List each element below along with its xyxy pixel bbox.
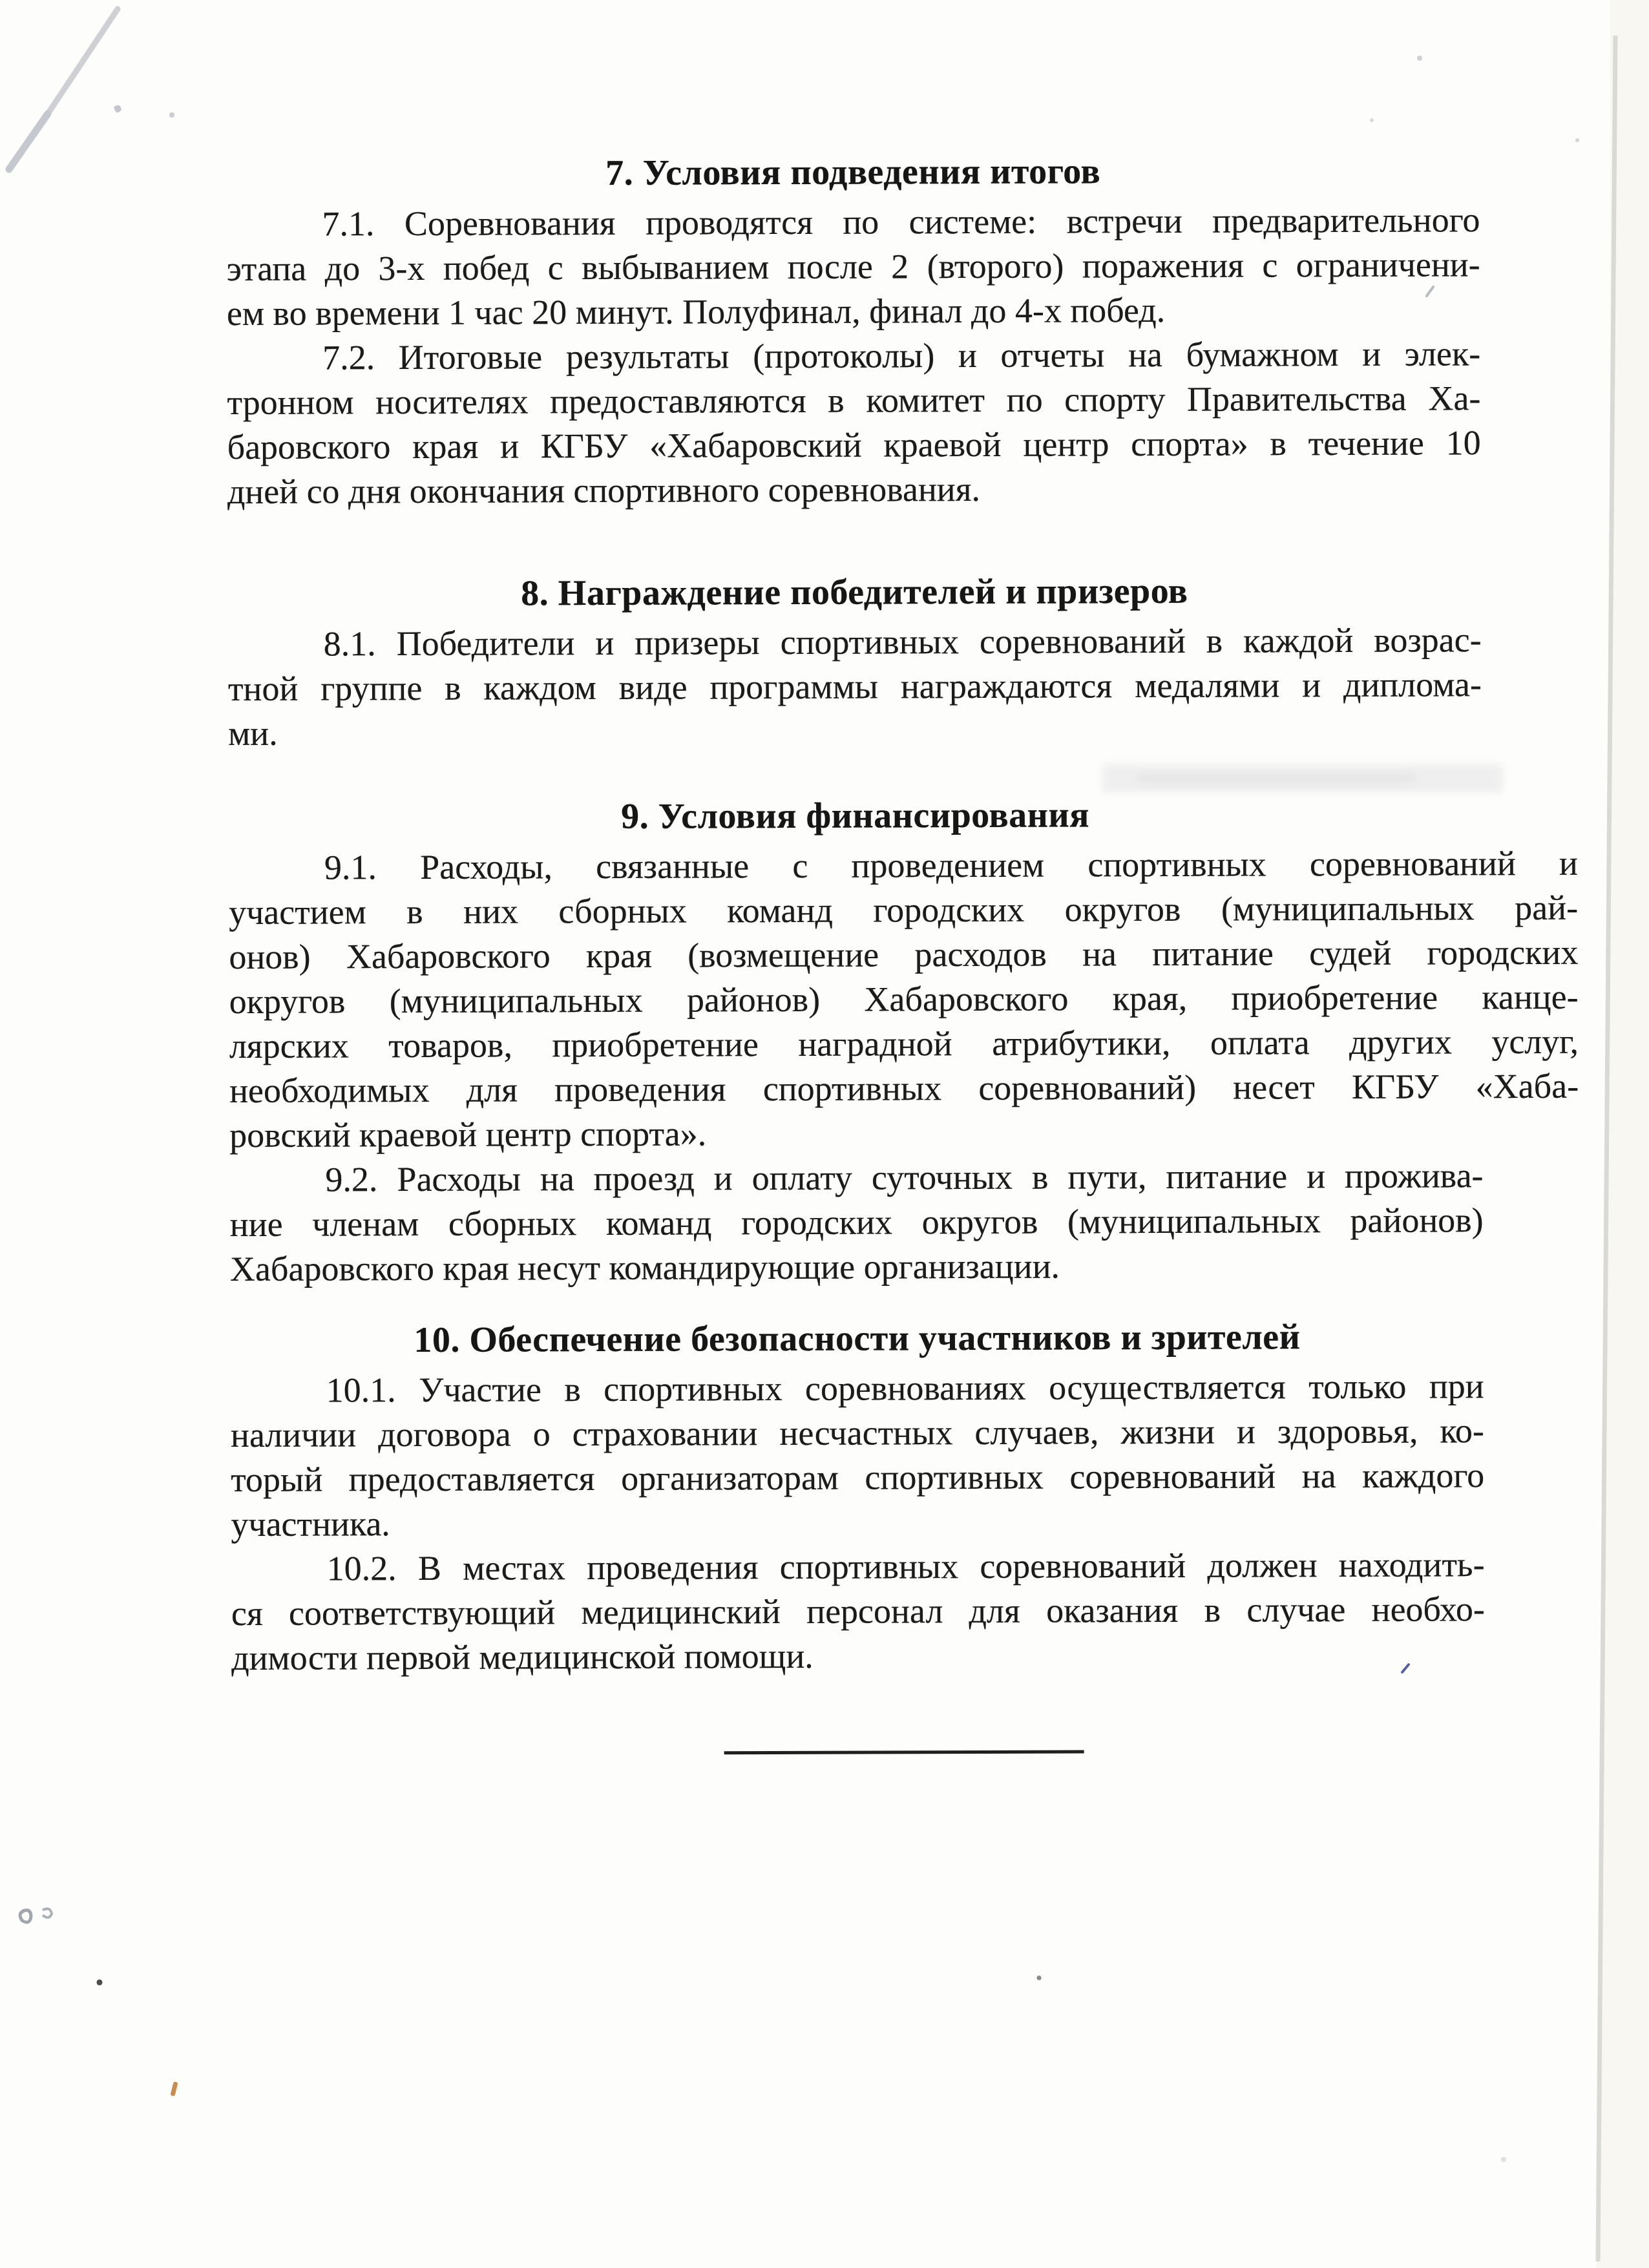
document-page: { "page": { "paper_color": "#fdfdfc", "i… xyxy=(0,0,1649,2268)
fold-mark-icon xyxy=(9,9,118,169)
section-heading-7: 7. Условия подведения итогов xyxy=(226,148,1480,197)
text-line: баровского края и КГБУ «Хабаровский крае… xyxy=(227,421,1480,470)
paragraph-10-1: 10.1. Участие в спортивных соревнованиях… xyxy=(231,1364,1485,1547)
text-line: ние членам сборных команд городских окру… xyxy=(230,1198,1484,1247)
text-line: дней со дня окончания спортивного соревн… xyxy=(227,465,1481,514)
text-line: ем во времени 1 час 20 минут. Полуфинал,… xyxy=(227,287,1480,336)
text-line: 9.1. Расходы, связанные с проведением сп… xyxy=(229,841,1578,890)
section-heading-10: 10. Обеспечение безопасности участников … xyxy=(230,1314,1484,1363)
document-text-block: 7. Условия подведения итогов 7.1. Соревн… xyxy=(226,148,1486,1756)
section-heading-8: 8. Награждение победителей и призеров xyxy=(227,568,1481,617)
paragraph-7-1: 7.1. Соревнования проводятся по системе:… xyxy=(226,198,1480,336)
text-line: онов) Хабаровского края (возмещение расх… xyxy=(229,930,1578,980)
text-line: Хабаровского края несут командирующие ор… xyxy=(230,1243,1484,1292)
paragraph-7-2: 7.2. Итоговые результаты (протоколы) и о… xyxy=(227,331,1481,514)
scanner-background-strip xyxy=(1610,0,1649,2268)
text-line: 10.2. В местах проведения спортивных сор… xyxy=(231,1542,1485,1591)
separator-line xyxy=(724,1750,1084,1754)
text-line: ровский краевой центр спорта». xyxy=(229,1109,1579,1158)
section-heading-9: 9. Условия финансирования xyxy=(228,792,1482,841)
text-line: 7.1. Соревнования проводятся по системе:… xyxy=(226,198,1480,247)
text-line: округов (муниципальных районов) Хабаровс… xyxy=(229,975,1578,1024)
text-line: наличии договора о страховании несчастны… xyxy=(231,1409,1484,1458)
text-line: участника. xyxy=(231,1498,1484,1547)
text-line: ся соответствующий медицинский персонал … xyxy=(231,1587,1485,1636)
text-line: этапа до 3-х побед с выбыванием после 2 … xyxy=(227,242,1480,291)
paragraph-8-1: 8.1. Победители и призеры спортивных сор… xyxy=(228,618,1482,756)
text-line: 7.2. Итоговые результаты (протоколы) и о… xyxy=(227,331,1480,381)
paragraph-9-1: 9.1. Расходы, связанные с проведением сп… xyxy=(229,841,1579,1158)
paragraph-9-2: 9.2. Расходы на проезд и оплату суточных… xyxy=(229,1153,1484,1292)
text-line: лярских товаров, приобретение наградной … xyxy=(229,1020,1579,1069)
text-line: 10.1. Участие в спортивных соревнованиях… xyxy=(231,1364,1484,1413)
text-line: необходимых для проведения спортивных со… xyxy=(229,1064,1579,1113)
text-line: тной группе в каждом виде программы нагр… xyxy=(228,662,1482,711)
text-line: торый предоставляется организаторам спор… xyxy=(231,1453,1484,1502)
text-line: димости первой медицинской помощи. xyxy=(231,1632,1485,1681)
paragraph-10-2: 10.2. В местах проведения спортивных сор… xyxy=(231,1542,1486,1681)
text-line: 8.1. Победители и призеры спортивных сор… xyxy=(228,618,1482,667)
text-line: ми. xyxy=(228,707,1482,756)
text-line: тронном носителях предоставляются в коми… xyxy=(227,376,1480,425)
text-line: участием в них сборных команд городских … xyxy=(229,886,1578,935)
text-line: 9.2. Расходы на проезд и оплату суточных… xyxy=(229,1153,1483,1202)
